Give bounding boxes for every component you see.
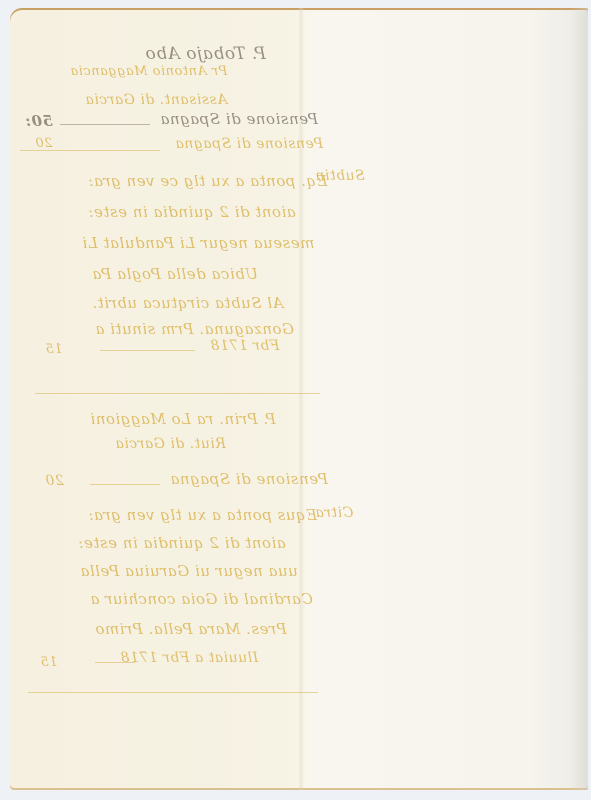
entry-sepia: Pensione di Spagna (175, 136, 323, 152)
body-line: Al Subta cirqtuca ubrit. (92, 294, 283, 312)
entry-gray-amount: 50: (25, 112, 53, 130)
body-line: aiont di 2 quindia in este: (88, 203, 296, 221)
body-line: Pres. Mara Pella. Primo (95, 620, 287, 638)
heading-line2: Pr Antonio Maggancia (70, 64, 227, 79)
heading-gray: P. Tobajo Abo (145, 44, 266, 64)
footer-rule-1 (100, 350, 195, 351)
bottom-divider (28, 692, 318, 693)
footer-amount-2: 15 (40, 655, 58, 670)
entry2-rule (90, 484, 160, 485)
body-line: Iluuiat a Fbr 1718 (120, 650, 258, 666)
body-line: Ubica della Pogla Pa (92, 265, 258, 283)
body-line: Eq. ponta a xu tlg ce ven gra: (88, 172, 328, 190)
margin-note-2: Citra (315, 505, 353, 521)
body-line: uua negur ui Garuiua Pella (80, 562, 298, 580)
heading-line3: Assisant. di Garcia (85, 92, 227, 108)
heading2-line2: Riut. di Garcia (115, 436, 226, 452)
body-line: aiont di 2 quindia in este: (78, 534, 286, 552)
body-line: Gonzaguna. Prm sinuti a (95, 320, 294, 338)
entry-sepia-amount: 20 (35, 136, 53, 151)
body-line: Equs ponta a xu tlg ven gra: (88, 506, 317, 524)
footer-amount-1: 15 (45, 342, 63, 357)
footer-rule-2 (95, 662, 135, 663)
entry2-amount: 20 (45, 473, 64, 489)
entry-gray: Pensione di Spagna (160, 110, 318, 128)
body-line: Fbr 1718 (210, 338, 279, 354)
entry-sepia-rule (20, 150, 160, 151)
heading2-line1: P. Prin. ra Lo Maggioni (90, 410, 276, 428)
page-edge-shadow (570, 8, 588, 790)
body-line: meseua negur Li Pandulat Li (82, 234, 314, 252)
entry2: Pensione di Spagna (170, 470, 328, 488)
body-line: Cardinal di Goia conchiur a (90, 590, 313, 608)
section-divider (35, 393, 320, 394)
entry-gray-rule (60, 124, 150, 125)
